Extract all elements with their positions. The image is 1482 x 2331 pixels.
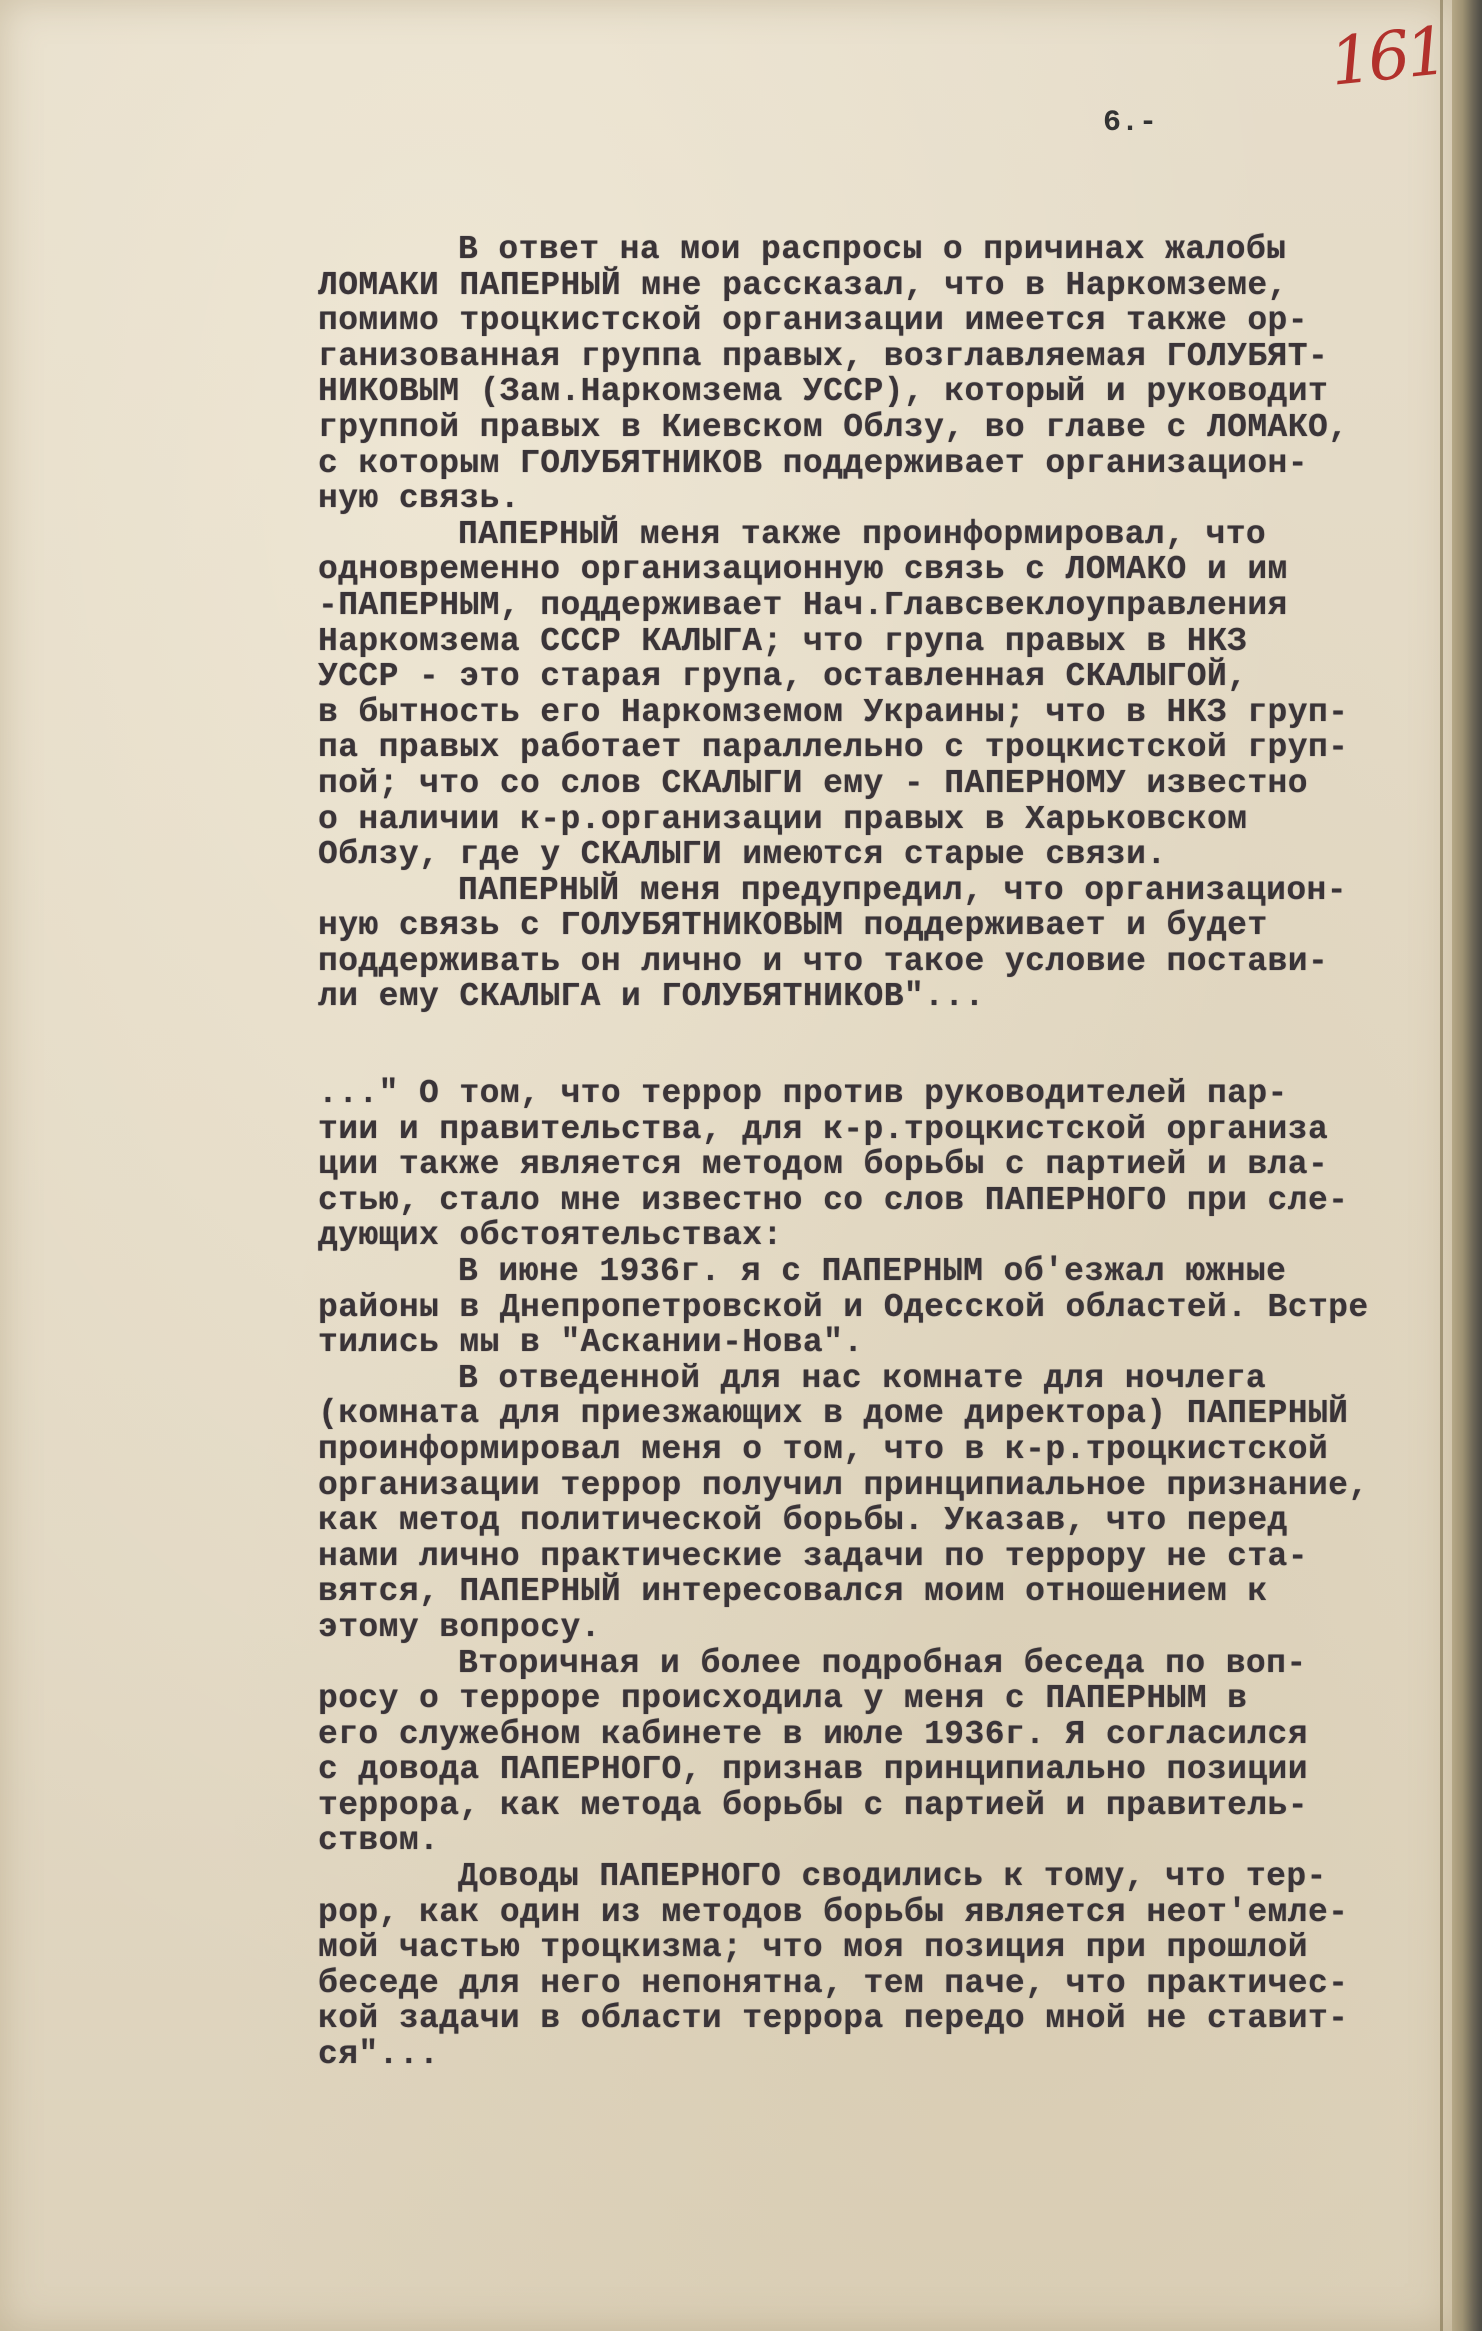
typed-line: УССР - это старая група, оставленная СКА… <box>318 659 1448 695</box>
typed-line: тии и правительства, для к-р.троцкистско… <box>318 1112 1448 1148</box>
typed-line: тились мы в "Аскании-Нова". <box>318 1325 1448 1361</box>
typed-line: вятся, ПАПЕРНЫЙ интересовался моим отнош… <box>318 1574 1448 1610</box>
typed-line: Доводы ПАПЕРНОГО сводились к тому, что т… <box>318 1859 1448 1895</box>
typed-line: -ПАПЕРНЫМ, поддерживает Нач.Главсвеклоуп… <box>318 588 1448 624</box>
typed-line: кой задачи в области террора передо мной… <box>318 2001 1448 2037</box>
typed-line: группой правых в Киевском Облзу, во глав… <box>318 410 1448 446</box>
typed-line: этому вопросу. <box>318 1610 1448 1646</box>
document-page: 161 6.- В ответ на мои распросы о причин… <box>0 0 1452 2331</box>
typed-line: НИКОВЫМ (Зам.Наркомзема УССР), который и… <box>318 374 1448 410</box>
typed-line: В отведенной для нас комнате для ночлега <box>318 1361 1448 1397</box>
typed-line: Облзу, где у СКАЛЫГИ имеются старые связ… <box>318 837 1448 873</box>
typed-line: мой частью троцкизма; что моя позиция пр… <box>318 1930 1448 1966</box>
typed-line: с которым ГОЛУБЯТНИКОВ поддерживает орга… <box>318 446 1448 482</box>
typed-line: ПАПЕРНЫЙ меня также проинформировал, что <box>318 517 1448 553</box>
typed-line: В июне 1936г. я с ПАПЕРНЫМ об'езжал южны… <box>318 1254 1448 1290</box>
archive-folio-number: 161 <box>1326 12 1447 100</box>
typed-line: пой; что со слов СКАЛЫГИ ему - ПАПЕРНОМУ… <box>318 766 1448 802</box>
typed-line: ганизованная группа правых, возглавляема… <box>318 339 1448 375</box>
typed-line: дующих обстоятельствах: <box>318 1218 1448 1254</box>
page-number: 6.- <box>1103 106 1157 140</box>
typed-line: террора, как метода борьбы с партией и п… <box>318 1788 1448 1824</box>
text-block-testimony-part-2: ..." О том, что террор против руководите… <box>318 1076 1448 2073</box>
typed-line: ся"... <box>318 2037 1448 2073</box>
typed-line: Вторичная и более подробная беседа по во… <box>318 1646 1448 1682</box>
typed-line: организации террор получил принципиально… <box>318 1468 1448 1504</box>
typed-line: рор, как один из методов борьбы является… <box>318 1895 1448 1931</box>
typed-line: помимо троцкистской организации имеется … <box>318 303 1448 339</box>
typed-line: ЛОМАКИ ПАПЕРНЫЙ мне рассказал, что в Нар… <box>318 268 1448 304</box>
typed-line: ством. <box>318 1823 1448 1859</box>
typed-line: (комната для приезжающих в доме директор… <box>318 1396 1448 1432</box>
typed-line: районы в Днепропетровской и Одесской обл… <box>318 1290 1448 1326</box>
typed-line: поддерживать он лично и что такое услови… <box>318 944 1448 980</box>
typed-line: о наличии к-р.организации правых в Харьк… <box>318 802 1448 838</box>
page-edge-shadow <box>1452 0 1482 2331</box>
typed-line: его служебном кабинете в июле 1936г. Я с… <box>318 1717 1448 1753</box>
typed-line: с довода ПАПЕРНОГО, признав принципиальн… <box>318 1752 1448 1788</box>
typed-line: ции также является методом борьбы с парт… <box>318 1147 1448 1183</box>
typed-line: па правых работает параллельно с троцкис… <box>318 730 1448 766</box>
typed-line: ную связь с ГОЛУБЯТНИКОВЫМ поддерживает … <box>318 908 1448 944</box>
typed-line: проинформировал меня о том, что в к-р.тр… <box>318 1432 1448 1468</box>
typed-line: стью, стало мне известно со слов ПАПЕРНО… <box>318 1183 1448 1219</box>
typed-line: в бытность его Наркомземом Украины; что … <box>318 695 1448 731</box>
typed-line: В ответ на мои распросы о причинах жалоб… <box>318 232 1448 268</box>
typed-line: ПАПЕРНЫЙ меня предупредил, что организац… <box>318 873 1448 909</box>
typed-line: беседе для него непонятна, тем паче, что… <box>318 1966 1448 2002</box>
text-block-testimony-part-1: В ответ на мои распросы о причинах жалоб… <box>318 232 1448 1015</box>
typed-line: одновременно организационную связь с ЛОМ… <box>318 552 1448 588</box>
typed-line: нами лично практические задачи по террор… <box>318 1539 1448 1575</box>
typed-line: как метод политической борьбы. Указав, ч… <box>318 1503 1448 1539</box>
typed-line: росу о терроре происходила у меня с ПАПЕ… <box>318 1681 1448 1717</box>
typed-line: ли ему СКАЛЫГА и ГОЛУБЯТНИКОВ"... <box>318 979 1448 1015</box>
typed-line: Наркомзема СССР КАЛЫГА; что група правых… <box>318 624 1448 660</box>
typed-line: ную связь. <box>318 481 1448 517</box>
typed-line: ..." О том, что террор против руководите… <box>318 1076 1448 1112</box>
